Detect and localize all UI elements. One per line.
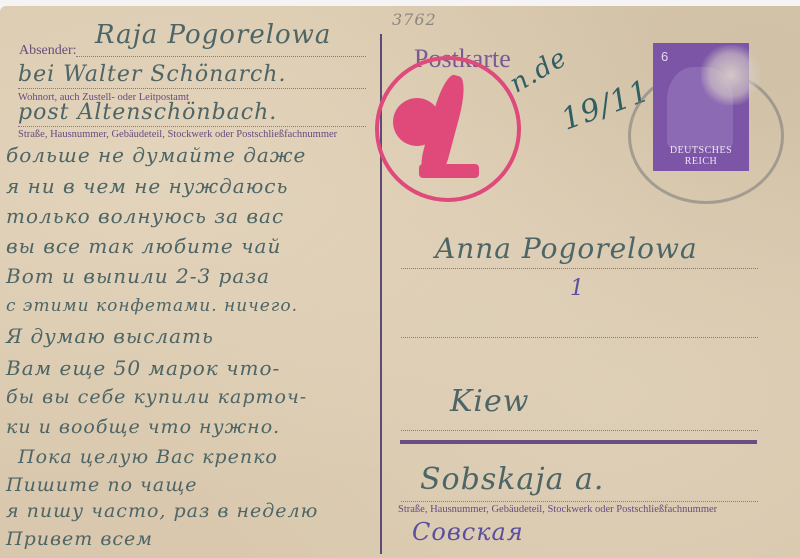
recipient-annotation: Совская <box>412 518 524 546</box>
message-line: Я думаю выслать <box>6 324 214 348</box>
stamp-value: 6 <box>661 49 668 64</box>
postcard: 3762 Absender: Raja Pogorelowa bei Walte… <box>0 6 800 558</box>
recipient-dotline-2 <box>401 337 758 338</box>
recipient-name: Anna Pogorelowa <box>435 232 698 265</box>
recipient-dotline-1 <box>401 268 758 269</box>
city-underline-bar <box>400 440 757 444</box>
sender-dotline-3 <box>18 126 366 127</box>
message-line: вы все так любите чай <box>6 234 281 258</box>
message-line: с этими конфетами. ничего. <box>6 296 298 316</box>
message-line: бы вы себе купили карточ- <box>6 386 307 408</box>
message-line: Привет всем <box>6 528 153 550</box>
sender-line3: post Altenschönbach. <box>18 100 277 125</box>
recipient-city: Kiew <box>450 384 529 419</box>
stamp-country: DEUTSCHES REICH <box>653 145 749 167</box>
recipient-dotline-3 <box>401 430 758 431</box>
message-line: Пишите по чаще <box>6 474 197 496</box>
message-line: я пишу часто, раз в неделю <box>6 500 318 522</box>
recipient-line2: 1 <box>570 276 585 301</box>
sender-line2: bei Walter Schönarch. <box>18 62 286 87</box>
sender-dotline <box>76 56 366 57</box>
sender-street-label: Straße, Hausnummer, Gebäudeteil, Stockwe… <box>18 129 337 140</box>
message-line: больше не думайте даже <box>6 143 306 167</box>
message-line: только волнуюсь за вас <box>6 204 284 228</box>
sender-label: Absender: <box>19 43 77 59</box>
stamp-abrasion <box>701 45 761 105</box>
recipient-street: Sobskaja a. <box>420 462 604 497</box>
message-line: Вот и выпили 2-3 раза <box>6 264 270 288</box>
message-line: Пока целую Вас крепко <box>18 446 278 468</box>
censor-stamp <box>375 56 521 202</box>
message-line: ки и вообще что нужно. <box>6 416 280 438</box>
sender-dotline-2 <box>18 88 366 89</box>
recipient-dotline-4 <box>401 501 758 502</box>
message-line: Вам еще 50 марок что- <box>6 356 280 380</box>
message-line: я ни в чем не нуждаюсь <box>6 174 288 198</box>
recipient-street-label: Straße, Hausnummer, Gebäudeteil, Stockwe… <box>398 504 717 515</box>
censor-mark-shape <box>419 164 479 178</box>
sender-name: Raja Pogorelowa <box>95 20 331 50</box>
archive-number: 3762 <box>392 10 437 29</box>
postage-stamp: 6 DEUTSCHES REICH <box>653 43 749 171</box>
mark-note: n.de <box>505 43 573 100</box>
